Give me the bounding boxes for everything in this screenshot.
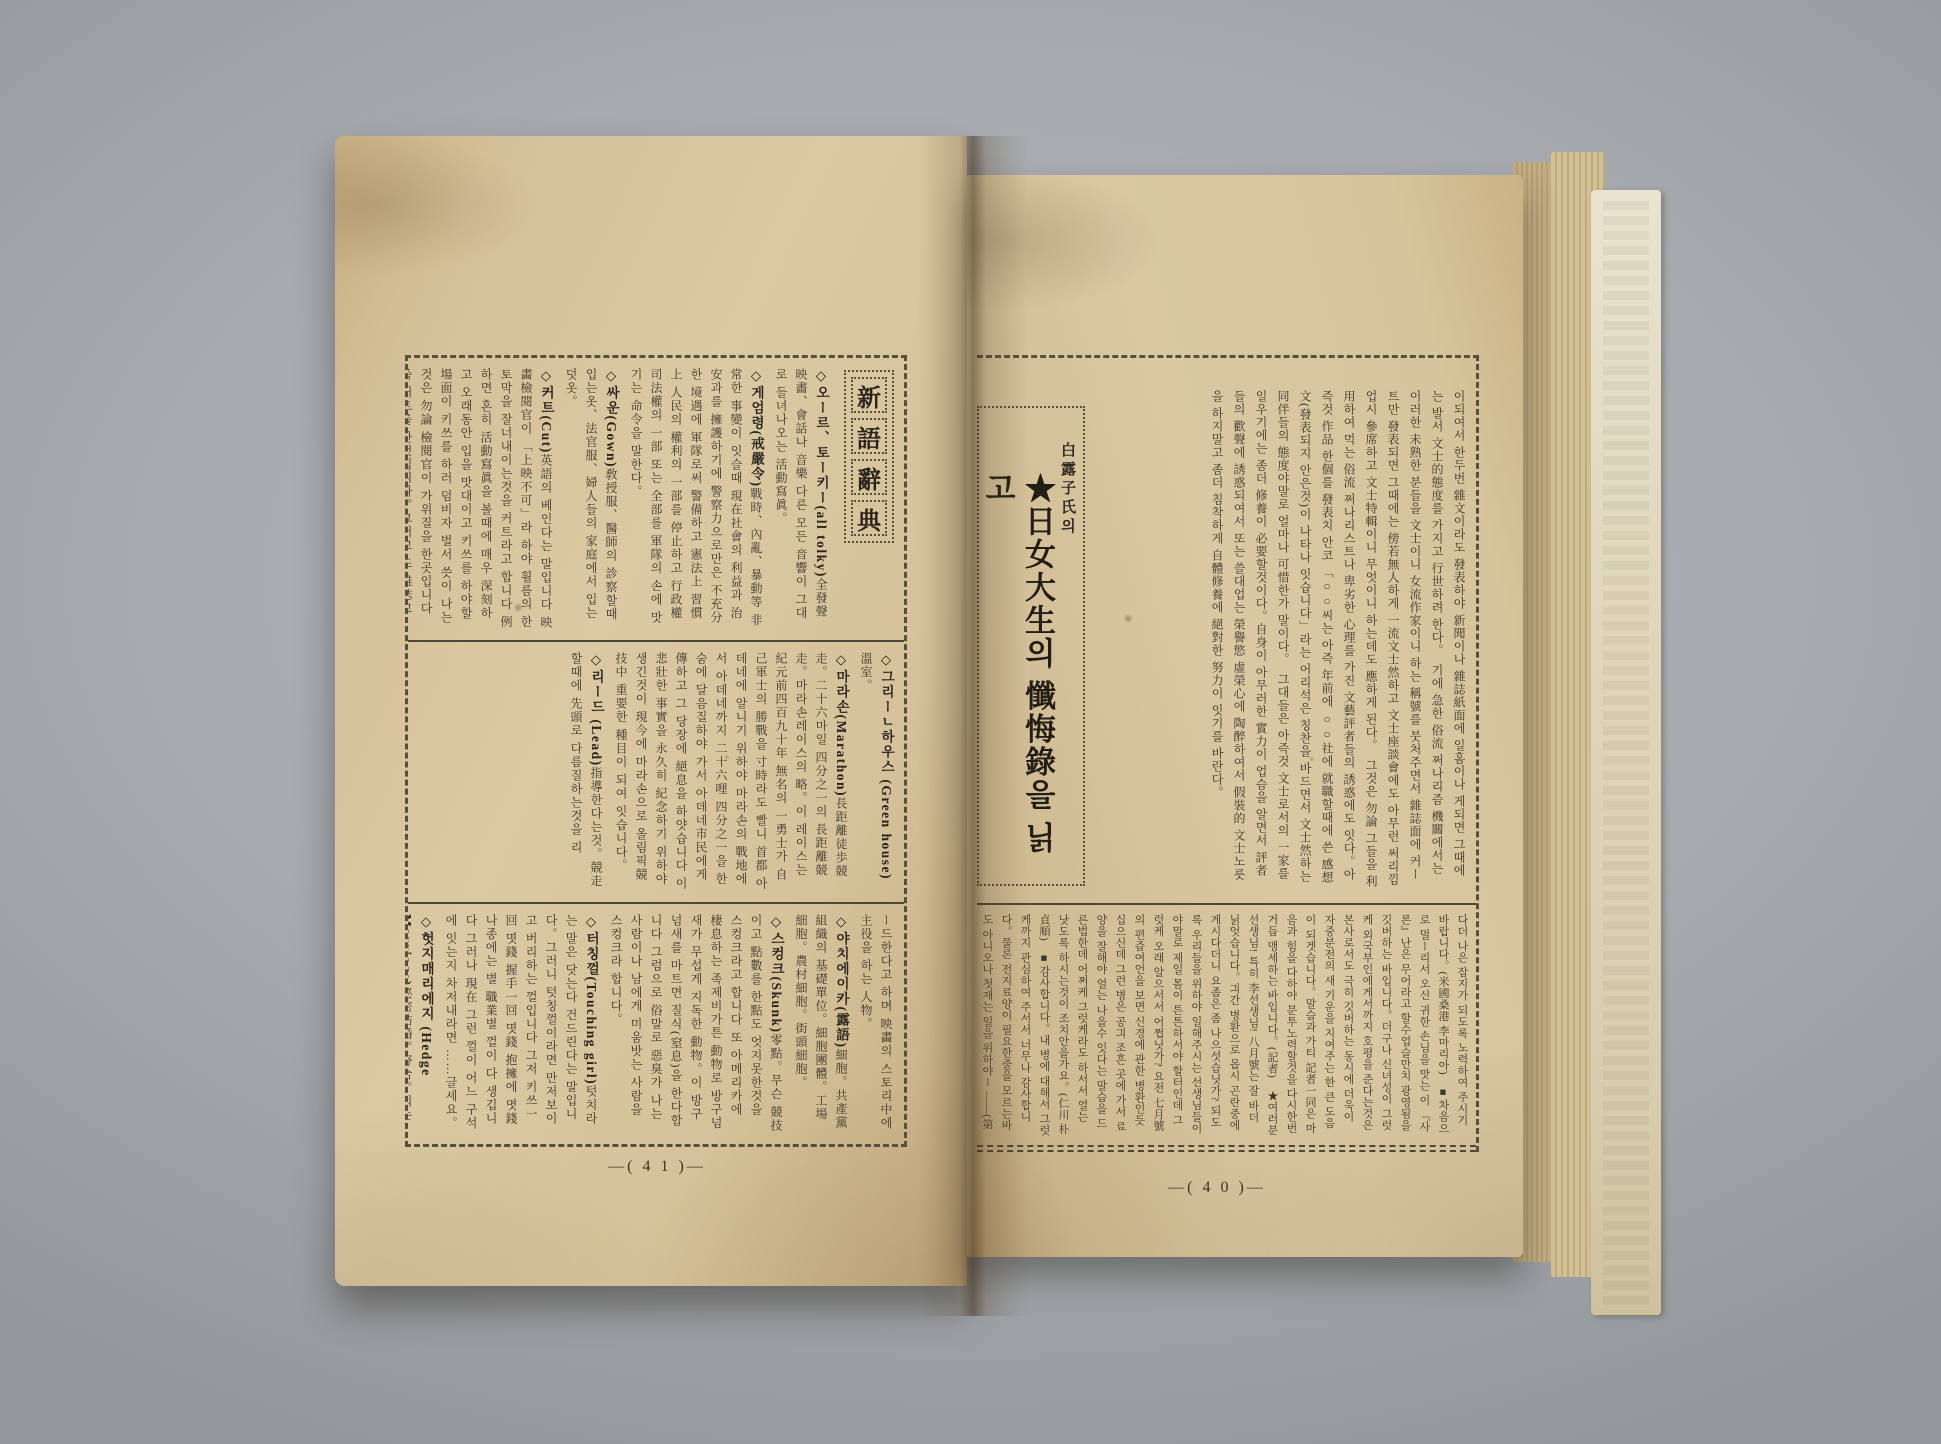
dictionary-box: 新語辭典 ◇오ー르、토ー키ー(all tolky)全發聲映畵、會話나 音樂 다른… xyxy=(405,355,907,1147)
dictionary-band-2: ◇그리ーㄴ하우스 (Green house)溫室。 ◇마라손(Marathon)… xyxy=(408,640,904,902)
entry-headword: ◇리ー드 (Lead) xyxy=(589,652,604,767)
entry-headword: ◇마라손(Marathon) xyxy=(834,652,849,797)
entry-body: 溫室。 xyxy=(859,652,873,693)
entry-body: 텃치라는 말은 닷는다 건드린다는 말입니다。그러니 텃칭껄이라면 만저보이고 … xyxy=(444,914,598,1130)
entry-body: 長距離徒歩競走。二十六마일 四分之一의 長距離競走。마라손레이스의 略。이 레이… xyxy=(614,652,848,891)
dictionary-entry: ◇야치에이카(露語)細胞。共產黨組織의 基礎單位。細胞團體。工場細胞。農村細胞。… xyxy=(791,914,851,1134)
bottom-double-rule xyxy=(977,1145,1476,1152)
letters-body: 다더 나은 잡지가 되도록 노력하여 주시기 바랍니다。(米國桑港 李마리아)■… xyxy=(977,905,1476,1145)
dictionary-entry: ◇커트(Cut)英語의 베인다는 말입니다 映畵檢閱官이 「上映不可」라 하야 … xyxy=(408,368,556,630)
dictionary-title-char: 新 xyxy=(851,377,887,413)
entry-headword: ◇게엄령(戒嚴令) xyxy=(749,368,764,488)
entry-headword: ◇싸운(Gown) xyxy=(604,368,619,468)
right-page: 이되여서 한두번 雜文이라도 發表하야 新聞이나 雜誌紙面에 일홈이나 게되면 … xyxy=(967,175,1523,1257)
dictionary-entry: ー드한다고 하며 映畵의 스토리中에 主役을 하는 人物。 xyxy=(856,914,896,1134)
entry-body: 戰時、內亂、暴動等 非常한 事變이 잇슬때 現在社會의 利益과 治安과를 擁護하… xyxy=(629,368,763,627)
entry-headword: ◇오ー르、토ー키ー(all tolky) xyxy=(814,368,829,578)
entry-body: 零點。무슨 競技이고 點數를 한點도 엇지못한것을 스컹크라고 합니다 또 아메… xyxy=(609,914,783,1133)
dictionary-entry: ◇그리ーㄴ하우스 (Green house)溫室。 xyxy=(856,652,896,892)
page-number-left: —( 4 1 )— xyxy=(547,1158,767,1176)
article-title: ★日女大生의 懺悔錄을 닑고 xyxy=(977,472,1057,872)
entry-body: 英語의 베인다는 말입니다 映畵檢閱官이 「上映不可」라 하야 휠름의 한토막을… xyxy=(408,368,553,629)
entry-headword: ◇터칭껄(Touching girl) xyxy=(584,914,599,1085)
letter-item: ■차음으로 멀ー리서 오신 귀한 손님을 맛는 이 『사론』난은 무어라고 할수… xyxy=(1266,914,1449,1134)
dictionary-entry: ◇게엄령(戒嚴令)戰時、內亂、暴動等 非常한 事變이 잇슬때 現在社會의 利益과… xyxy=(626,368,766,630)
dictionary-entry: ◇리ー드 (Lead)指導한다는것。競走할때에 先頭로 다름질하는것을 리 xyxy=(566,652,606,892)
entry-headword: ◇야치에이카(露語) xyxy=(834,914,849,1049)
open-book: 新語辭典 ◇오ー르、토ー키ー(all tolky)全發聲映畵、會話나 音樂 다른… xyxy=(333,118,1653,1308)
dictionary-title: 新語辭典 xyxy=(844,370,894,543)
letters-section: 다더 나은 잡지가 되도록 노력하여 주시기 바랍니다。(米國桑港 李마리아)■… xyxy=(977,903,1476,1145)
article-section: 이되여서 한두번 雜文이라도 發表하야 新聞이나 雜誌紙面에 일홈이나 게되면 … xyxy=(977,358,1476,903)
dictionary-entry: ◇오ー르、토ー키ー(all tolky)全發聲映畵、會話나 音樂 다른 모든 音… xyxy=(771,368,831,630)
dictionary-band-3: ー드한다고 하며 映畵의 스토리中에 主役을 하는 人物。 ◇야치에이카(露語)… xyxy=(408,902,904,1144)
entry-body: ー드한다고 하며 映畵의 스토리中에 主役을 하는 人物。 xyxy=(859,914,893,1130)
article-box: 이되여서 한두번 雜文이라도 發表하야 新聞이나 雜誌紙面에 일홈이나 게되면 … xyxy=(977,355,1479,1152)
dictionary-title-char: 辭 xyxy=(851,459,887,495)
article-title-block: 白露子氏의 ★日女大生의 懺悔錄을 닑고 白露子氏의 執筆 이것은 不得已한 事… xyxy=(977,406,1085,886)
entry-headword: ◇스컹크(Skunk) xyxy=(769,914,784,1034)
dictionary-band-1: 新語辭典 ◇오ー르、토ー키ー(all tolky)全發聲映畵、會話나 音樂 다른… xyxy=(408,358,904,640)
article-byline: 白露子氏의 xyxy=(1057,442,1078,537)
entry-headword: ◇그리ーㄴ하우스 (Green house) xyxy=(879,652,894,880)
dictionary-entry: ◇스컹크(Skunk)零點。무슨 競技이고 點數를 한點도 엇지못한것을 스컹크… xyxy=(606,914,786,1134)
page-number-right: —( 4 0 )— xyxy=(1107,1179,1327,1197)
page-edge-stack xyxy=(1513,148,1663,1308)
dictionary-title-char: 典 xyxy=(851,500,887,536)
article-paragraph: 그것은 勿論 그들을 利用하여 먹는 俗流 쩌나리스트나 卑劣한 心理를 가진 … xyxy=(1276,390,1378,888)
letter-item: ★여러분 선생님! 특히 李선생님! 八月號는 잘 바더 닑엇습니다。긔간 병환… xyxy=(1038,914,1278,1136)
entry-headword: ◇커트(Cut) xyxy=(539,368,554,454)
protruding-page-edge xyxy=(1591,190,1661,1315)
dictionary-entry: ◇헛지매리에지 (Hedge Marriage)秘密結婚。野合。되는대로 맛나 … xyxy=(408,914,436,1134)
left-page: 新語辭典 ◇오ー르、토ー키ー(all tolky)全發聲映畵、會話나 音樂 다른… xyxy=(335,136,967,1286)
dictionary-entry: ◇터칭껄(Touching girl)텃치라는 말은 닷는다 건드린다는 말입니… xyxy=(441,914,601,1134)
dictionary-entry: ◇마라손(Marathon)長距離徒歩競走。二十六마일 四分之一의 長距離競走。… xyxy=(611,652,851,892)
dictionary-title-char: 語 xyxy=(851,418,887,454)
dictionary-entry: ◇싸운(Gown)敎授服、醫師의 診察할때 입는옷、法官服、婦人들의 家庭에서 … xyxy=(561,368,621,630)
article-body: 이되여서 한두번 雜文이라도 發表하야 新聞이나 雜誌紙面에 일홈이나 게되면 … xyxy=(1085,358,1476,903)
